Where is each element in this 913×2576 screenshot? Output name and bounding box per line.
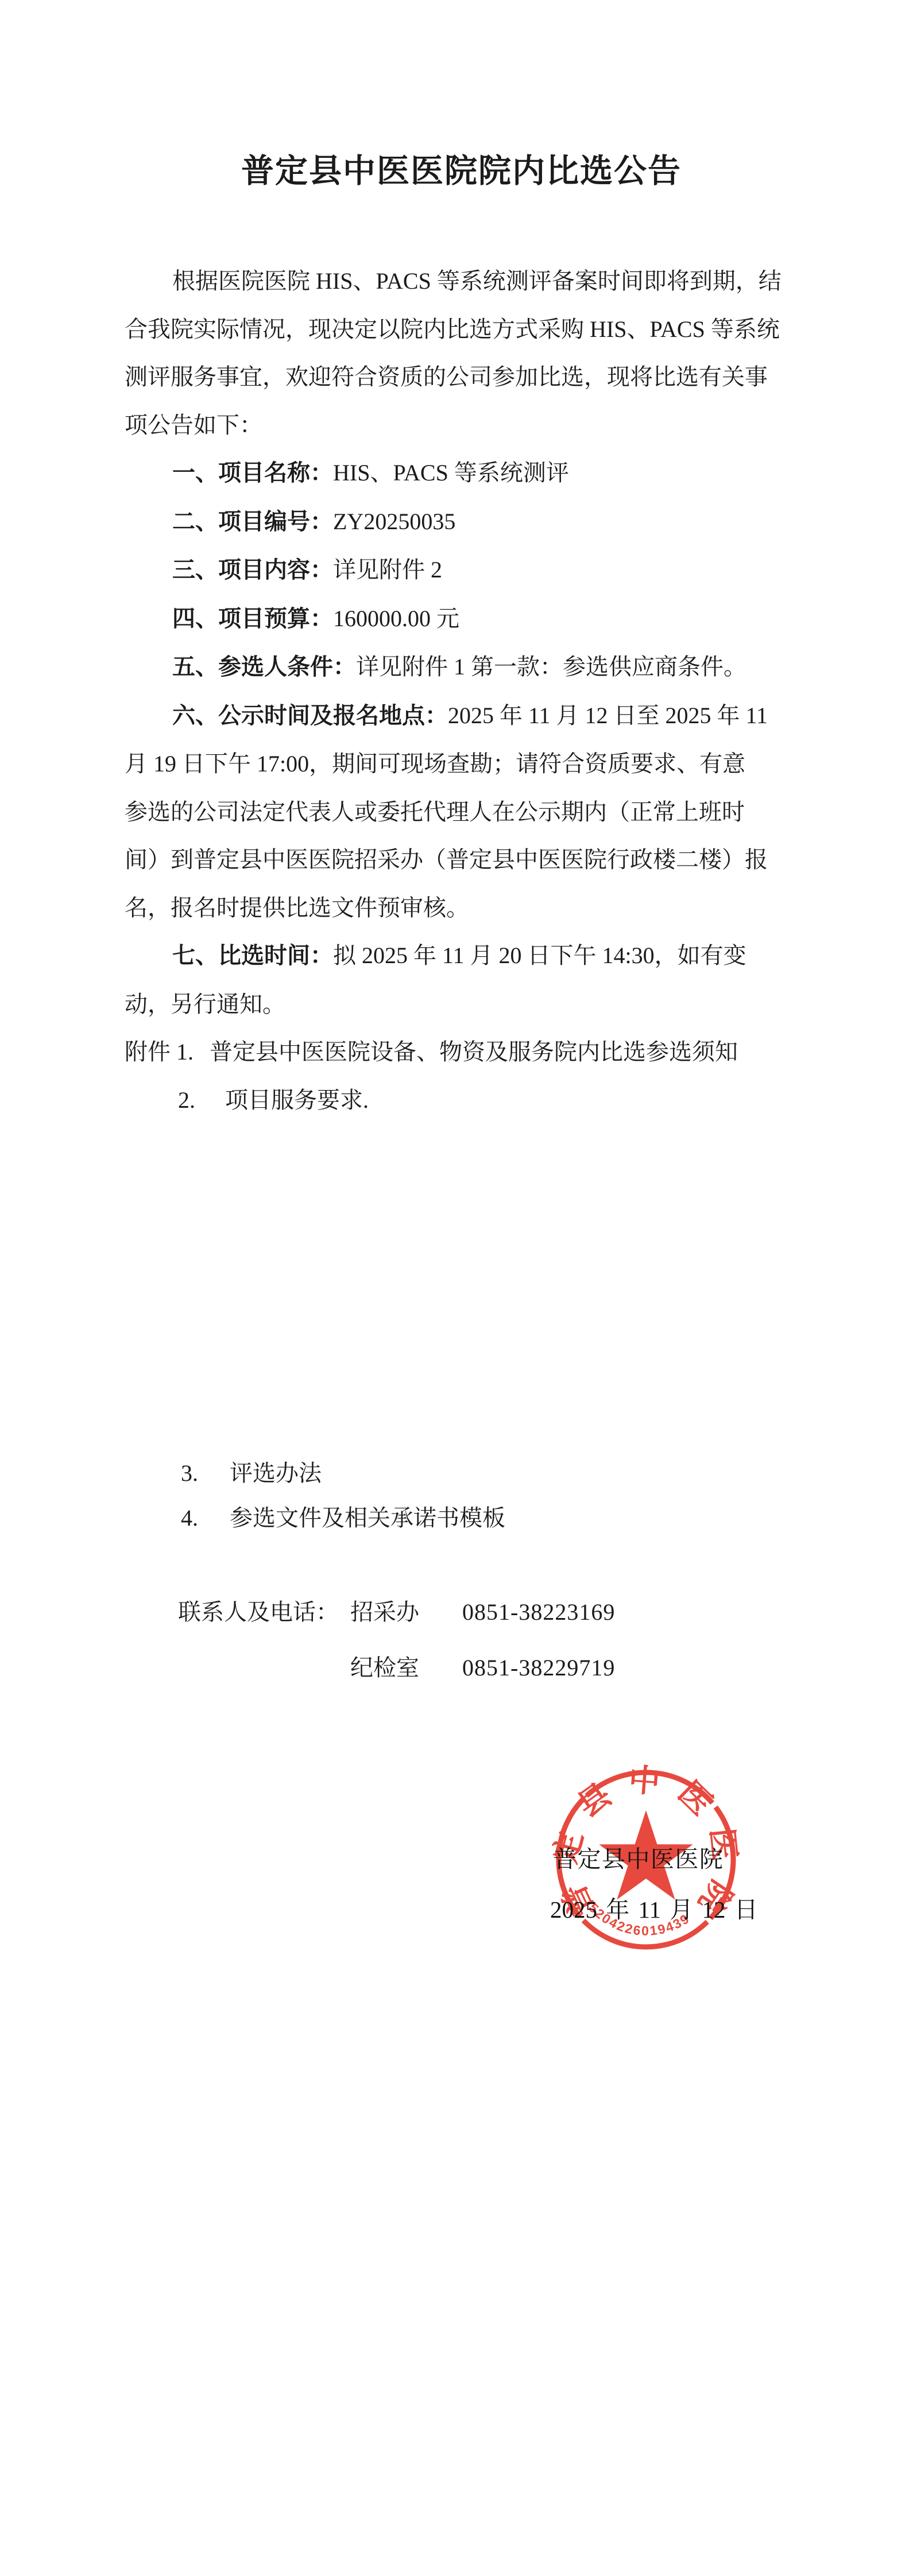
contact-office: 招采办 <box>350 1584 462 1640</box>
document-line: 附件 1.普定县中医医院设备、物资及服务院内比选参选须知 <box>125 1028 837 1076</box>
line-text: 合我院实际情况，现决定以院内比选方式采购 HIS、PACS 等系统 <box>125 316 780 342</box>
line-text: 2. <box>178 1087 195 1113</box>
attachment-item: 3.评选办法 <box>181 1451 505 1496</box>
document-line: 六、公示时间及报名地点：2025 年 11 月 12 日至 2025 年 11 <box>125 692 837 740</box>
document-line: 三、项目内容：详见附件 2 <box>125 546 837 595</box>
line-text: 项目服务要求. <box>225 1087 369 1113</box>
stamp-date: 2025 年 11 月 12 日 <box>550 1891 758 1925</box>
document-line: 五、参选人条件：详见附件 1 第一款：参选供应商条件。 <box>125 643 837 692</box>
contact-phone: 0851-38229719 <box>462 1655 615 1681</box>
scanned-document-page: 普定县中医医院院内比选公告 根据医院医院 HIS、PACS 等系统测评备案时间即… <box>0 0 913 2576</box>
line-text: 详见附件 2 <box>333 557 442 583</box>
item-label: 四、项目预算： <box>172 606 333 631</box>
attachment-item-number: 3. <box>181 1451 230 1496</box>
line-text: 参选的公司法定代表人或委托代理人在公示期内（正常上班时 <box>125 799 745 825</box>
line-text: 详见附件 1 第一款：参选供应商条件。 <box>356 654 746 680</box>
line-text: 普定县中医医院设备、物资及服务院内比选参选须知 <box>210 1039 738 1065</box>
contact-label: 联系人及电话： <box>178 1584 350 1640</box>
document-line: 动，另行通知。 <box>125 980 837 1029</box>
announcement-body: 根据医院医院 HIS、PACS 等系统测评备案时间即将到期，结合我院实际情况，现… <box>125 257 837 1124</box>
contact-row: 联系人及电话：招采办0851-38223169 <box>178 1584 615 1640</box>
attachment-item-text: 参选文件及相关承诺书模板 <box>230 1505 505 1531</box>
document-line: 根据医院医院 HIS、PACS 等系统测评备案时间即将到期，结 <box>125 257 837 305</box>
line-text: 项公告如下： <box>125 412 262 438</box>
document-line: 四、项目预算：160000.00 元 <box>125 595 837 643</box>
line-text: 拟 2025 年 11 月 20 日下午 14:30，如有变 <box>333 942 746 968</box>
document-line: 参选的公司法定代表人或委托代理人在公示期内（正常上班时 <box>125 788 837 836</box>
line-text: 动，另行通知。 <box>125 991 285 1017</box>
item-label: 七、比选时间： <box>172 943 333 968</box>
attachment-item-number: 4. <box>181 1496 230 1541</box>
item-label: 二、项目编号： <box>172 509 333 534</box>
contact-row: 纪检室0851-38229719 <box>178 1640 615 1696</box>
contact-section: 联系人及电话：招采办0851-38223169纪检室0851-38229719 <box>178 1584 615 1696</box>
contact-phone: 0851-38223169 <box>462 1599 615 1625</box>
item-label: 三、项目内容： <box>172 557 333 583</box>
attachment-item: 4.参选文件及相关承诺书模板 <box>181 1496 505 1541</box>
item-label: 六、公示时间及报名地点： <box>172 703 448 728</box>
item-label: 五、参选人条件： <box>172 654 356 680</box>
stamp-org-name: 普定县中医医院 <box>553 1840 724 1874</box>
line-text: 名，报名时提供比选文件预审核。 <box>125 895 469 921</box>
document-line: 间）到普定县中医医院招采办（普定县中医医院行政楼二楼）报 <box>125 836 837 884</box>
attachment-list-continued: 3.评选办法4.参选文件及相关承诺书模板 <box>181 1451 505 1541</box>
page-title: 普定县中医医院院内比选公告 <box>125 145 798 192</box>
document-line: 二、项目编号：ZY20250035 <box>125 498 837 546</box>
line-text: HIS、PACS 等系统测评 <box>333 460 569 486</box>
line-text: 根据医院医院 HIS、PACS 等系统测评备案时间即将到期，结 <box>172 268 782 294</box>
line-text: 间）到普定县中医医院招采办（普定县中医医院行政楼二楼）报 <box>125 847 768 872</box>
document-line: 2.项目服务要求. <box>125 1076 837 1124</box>
document-line: 七、比选时间：拟 2025 年 11 月 20 日下午 14:30，如有变 <box>125 932 837 980</box>
item-label: 一、项目名称： <box>172 460 333 486</box>
contact-office: 纪检室 <box>350 1640 462 1696</box>
line-text: 月 19 日下午 17:00，期间可现场查勘；请符合资质要求、有意 <box>125 751 745 777</box>
document-line: 合我院实际情况，现决定以院内比选方式采购 HIS、PACS 等系统 <box>125 305 837 354</box>
line-text: 附件 1. <box>125 1039 194 1065</box>
line-text: ZY20250035 <box>333 509 455 534</box>
document-line: 月 19 日下午 17:00，期间可现场查勘；请符合资质要求、有意 <box>125 740 837 788</box>
document-line: 测评服务事宜，欢迎符合资质的公司参加比选，现将比选有关事 <box>125 353 837 401</box>
attachment-item-text: 评选办法 <box>230 1460 322 1486</box>
document-line: 名，报名时提供比选文件预审核。 <box>125 884 837 932</box>
document-line: 一、项目名称：HIS、PACS 等系统测评 <box>125 449 837 498</box>
document-line: 项公告如下： <box>125 401 837 449</box>
line-text: 2025 年 11 月 12 日至 2025 年 11 <box>448 703 768 728</box>
line-text: 测评服务事宜，欢迎符合资质的公司参加比选，现将比选有关事 <box>125 364 768 390</box>
line-text: 160000.00 元 <box>333 606 459 631</box>
